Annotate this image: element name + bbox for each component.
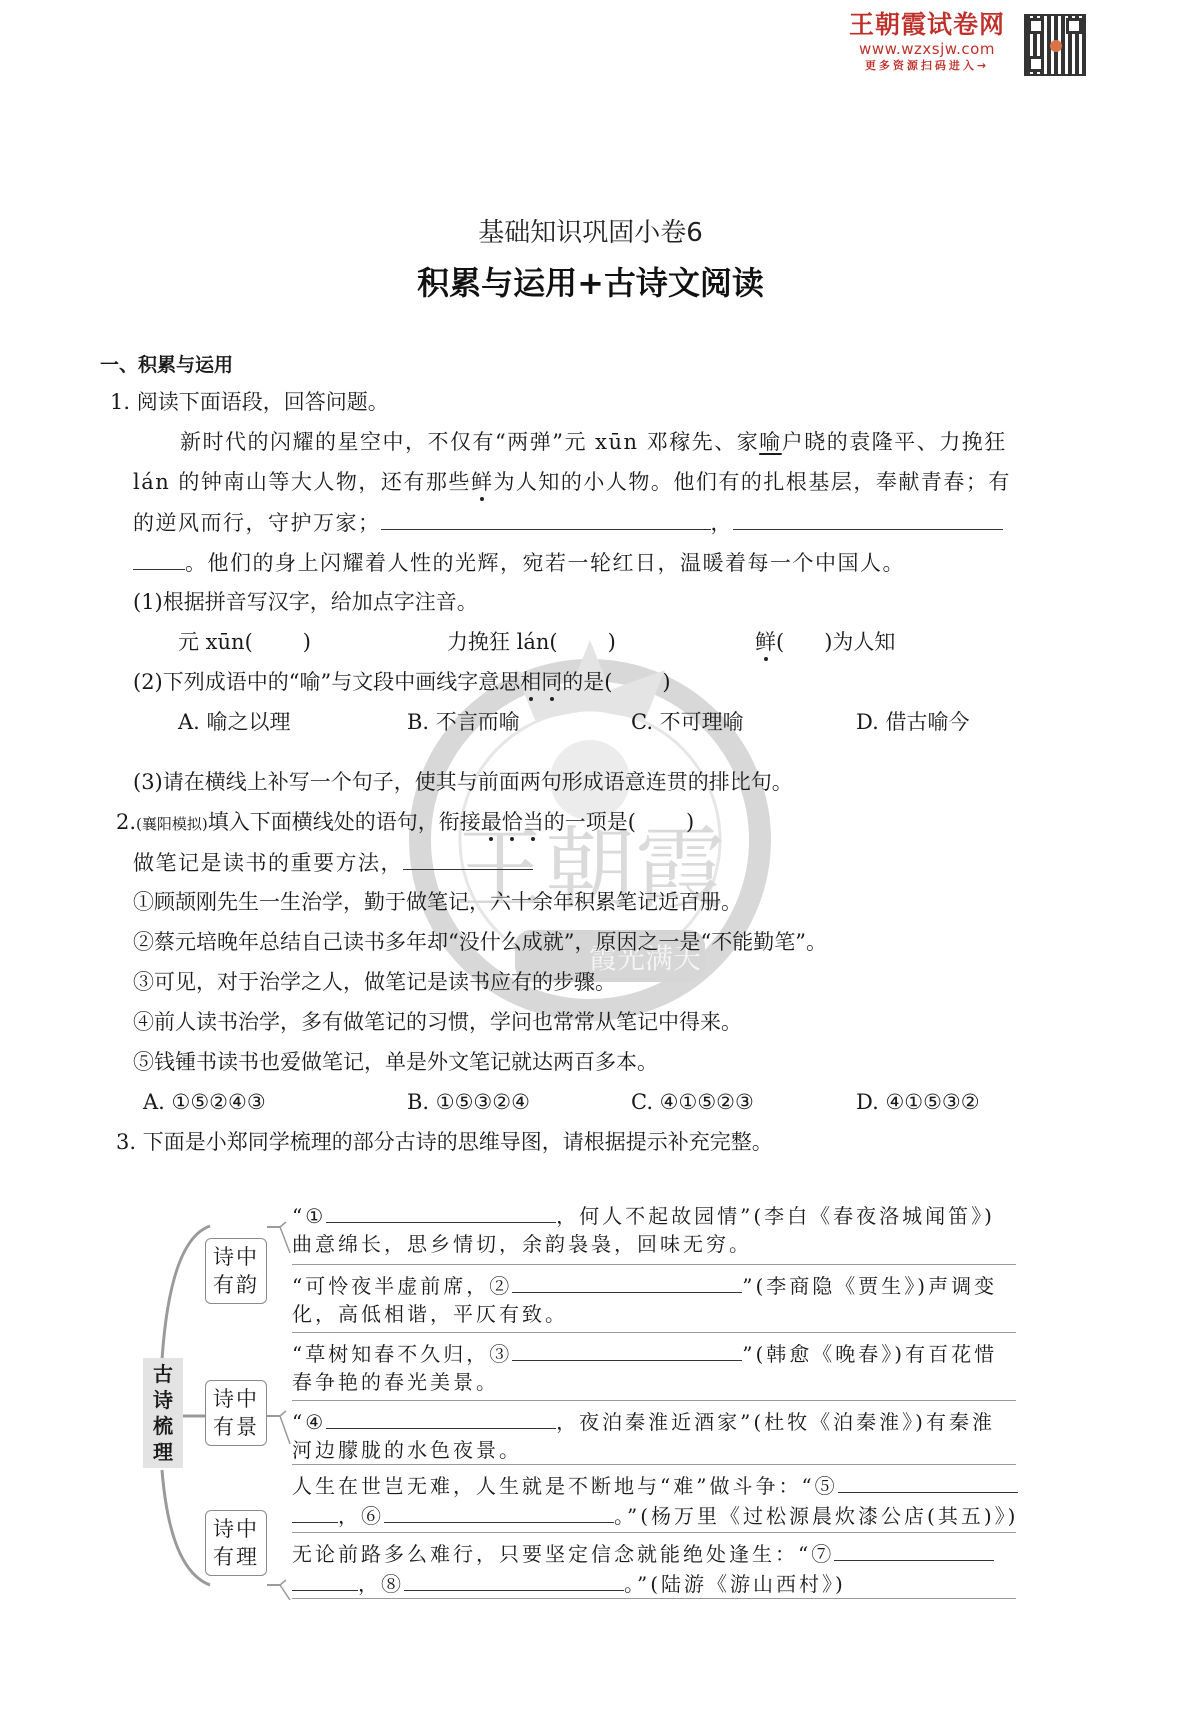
divider [292, 1332, 1016, 1333]
divider [292, 1264, 1016, 1265]
underlined-char: 喻 [759, 430, 782, 454]
q1-option-d[interactable]: D. 借古喻今 [856, 707, 969, 737]
q1-sub1-stem: (1)根据拼音写汉字，给加点字注音。 [133, 587, 478, 617]
mindmap-item-desc: 河边朦胧的水色夜景。 [292, 1436, 522, 1464]
q1-sub1-item: 力挽狂 lán() [447, 627, 616, 657]
q1-sub3-stem: (3)请在横线上补写一个句子，使其与前面两句形成语意连贯的排比句。 [133, 767, 793, 797]
mindmap-node-scenery: 诗中有景 [205, 1380, 267, 1446]
q2-option-d[interactable]: D. ④①⑤③② [856, 1087, 980, 1117]
q2-option-c[interactable]: C. ④①⑤②③ [631, 1087, 754, 1117]
dotted-char: 鲜 [471, 470, 494, 494]
q1-paragraph-line1: 新时代的闪耀的星空中，不仅有“两弹”元 xūn 邓稼先、家喻户晓的袁隆平、力挽狂 [180, 427, 1007, 457]
q3-stem: 3. 下面是小郑同学梳理的部分古诗的思维导图，请根据提示补充完整。 [116, 1127, 773, 1157]
divider [292, 1464, 1016, 1465]
q2-sentence: ②蔡元培晚年总结自己读书多年却“没什么成就”，原因之一是“不能勤笔”。 [133, 927, 827, 957]
q2-option-b[interactable]: B. ①⑤③②④ [407, 1087, 530, 1117]
answer-blank[interactable] [838, 1470, 1018, 1493]
answer-blank[interactable] [384, 1500, 614, 1523]
mindmap-item: “可怜夜半虚前席，②”(李商隐《贾生》)声调变 [292, 1270, 997, 1300]
mindmap-item: 人生在世岂无难，人生就是不断地与“难”做斗争：“⑤ [292, 1470, 1018, 1500]
answer-blank[interactable] [834, 1538, 994, 1561]
mindmap-item-desc: 曲意绵长，思乡情切，余韵袅袅，回味无穷。 [292, 1230, 752, 1258]
answer-blank[interactable] [326, 1406, 556, 1429]
mindmap-item: “①，何人不起故园情”(李白《春夜洛城闻笛》) [292, 1200, 995, 1230]
q1-paragraph-line4: 。他们的身上闪耀着人性的光辉，宛若一轮红日，温暖着每一个中国人。 [133, 547, 905, 578]
q1-option-c[interactable]: C. 不可理喻 [631, 707, 744, 737]
q1-sub1-item: 鲜()为人知 [755, 627, 895, 657]
qr-code-icon[interactable] [1024, 14, 1086, 76]
q2-lead: 做笔记是读书的重要方法， [133, 847, 533, 878]
q2-source: (襄阳模拟) [136, 815, 208, 833]
answer-blank[interactable] [404, 1568, 624, 1591]
mindmap-item-desc: 化，高低相谐，平仄有致。 [292, 1300, 568, 1328]
mindmap-item: ，⑧。”(陆游《游山西村》) [292, 1568, 846, 1598]
page-title: 积累与运用+古诗文阅读 [0, 258, 1181, 304]
mindmap-node-reason: 诗中有理 [205, 1510, 267, 1576]
answer-blank[interactable] [733, 507, 1003, 530]
answer-blank[interactable] [292, 1500, 338, 1523]
q1-sub1-item: 元 xūn() [178, 627, 311, 657]
page-subtitle: 基础知识巩固小卷6 [0, 212, 1181, 249]
q2-sentence: ①顾颉刚先生一生治学，勤于做笔记，六十余年积累笔记近百册。 [133, 887, 742, 917]
q1-stem: 1. 阅读下面语段，回答问题。 [110, 387, 389, 417]
q1-option-b[interactable]: B. 不言而喻 [407, 707, 520, 737]
divider [292, 1532, 1016, 1533]
q2-sentence: ④前人读书治学，多有做笔记的习惯，学问也常常从笔记中得来。 [133, 1007, 742, 1037]
answer-blank[interactable] [381, 507, 711, 530]
answer-blank[interactable] [326, 1200, 556, 1223]
q2-stem: 2.(襄阳模拟)填入下面横线处的语句，衔接最恰当的一项是() [116, 807, 694, 839]
mindmap-node-rhyme: 诗中有韵 [205, 1238, 267, 1304]
brand-cta: 更多资源扫码进入→ [842, 58, 1012, 74]
q1-option-a[interactable]: A. 喻之以理 [178, 707, 291, 737]
answer-blank[interactable] [512, 1338, 742, 1361]
q2-sentence: ③可见，对于治学之人，做笔记是读书应有的步骤。 [133, 967, 616, 997]
mindmap-item-desc: 春争艳的春光美景。 [292, 1368, 499, 1396]
divider [292, 1400, 1016, 1401]
mindmap-item: “④，夜泊秦淮近酒家”(杜牧《泊秦淮》)有秦淮 [292, 1406, 995, 1436]
brand-name: 王朝霞试卷网 [842, 10, 1012, 40]
answer-blank[interactable] [133, 547, 185, 570]
q1-paragraph-line3: 的逆风而行，守护万家；， [133, 507, 1003, 538]
section-heading: 一、积累与运用 [100, 350, 233, 380]
q1-paragraph-line2: lán 的钟南山等大人物，还有那些鲜为人知的小人物。他们有的扎根基层，奉献青春；… [133, 467, 1011, 497]
q1-sub2-stem: (2)下列成语中的“喻”与文段中画线字意思相同的是() [133, 667, 671, 697]
mindmap-item: 无论前路多么难行，只要坚定信念就能绝处逢生：“⑦ [292, 1538, 994, 1568]
mindmap-root: 古诗梳理 [143, 1358, 183, 1468]
answer-blank[interactable] [292, 1568, 358, 1591]
mindmap-item: ，⑥。”(杨万里《过松源晨炊漆公店(其五)》) [292, 1500, 1018, 1530]
brand-logo[interactable]: 王朝霞试卷网 www.wzxsjw.com 更多资源扫码进入→ [842, 10, 1012, 74]
divider [292, 1598, 1016, 1599]
q2-sentence: ⑤钱锺书读书也爱做笔记，单是外文笔记就达两百多本。 [133, 1047, 658, 1077]
q2-option-a[interactable]: A. ①⑤②④③ [143, 1087, 266, 1117]
answer-blank[interactable] [512, 1270, 742, 1293]
answer-blank[interactable] [403, 847, 533, 870]
brand-url[interactable]: www.wzxsjw.com [842, 40, 1012, 58]
mindmap-item: “草树知春不久归，③”(韩愈《晚春》)有百花惜 [292, 1338, 997, 1368]
